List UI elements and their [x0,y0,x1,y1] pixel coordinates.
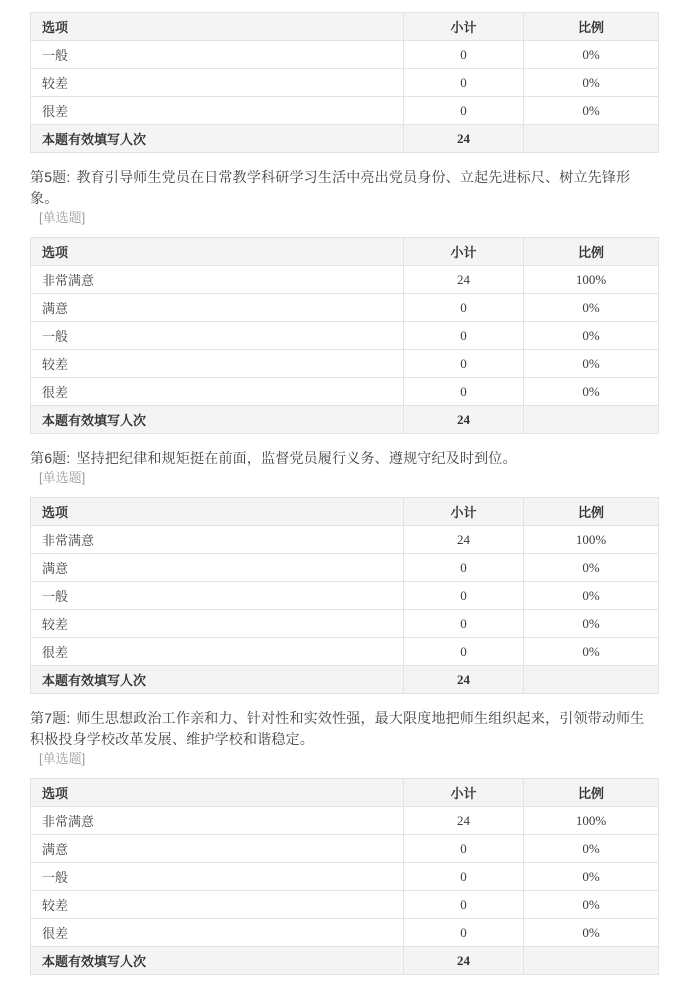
cell-option: 满意 [31,835,404,863]
cell-option: 较差 [31,69,404,97]
table-row: 满意 0 0% [31,294,659,322]
footer-ratio-empty [524,947,659,975]
results-table: 选项 小计 比例 非常满意 24 100% 满意 0 0% 一般 [30,237,659,434]
question-type-label: [单选题] [39,750,658,768]
cell-subtotal: 0 [404,863,524,891]
question-text: 坚持把纪律和规矩挺在前面，监督党员履行义务、遵规守纪及时到位。 [76,450,516,466]
table-header-row: 选项 小计 比例 [31,13,659,41]
table-row: 较差 0 0% [31,350,659,378]
column-header-option: 选项 [31,779,404,807]
cell-subtotal: 0 [404,582,524,610]
column-header-option: 选项 [31,498,404,526]
table-row: 满意 0 0% [31,835,659,863]
column-header-option: 选项 [31,13,404,41]
cell-option: 非常满意 [31,266,404,294]
cell-subtotal: 0 [404,835,524,863]
cell-option: 很差 [31,97,404,125]
table-row: 非常满意 24 100% [31,807,659,835]
cell-subtotal: 0 [404,97,524,125]
table-footer-row: 本题有效填写人次 24 [31,125,659,153]
cell-option: 很差 [31,638,404,666]
cell-ratio: 0% [524,919,659,947]
question-number: 第7题: [30,710,70,726]
footer-total: 24 [404,125,524,153]
table-row: 较差 0 0% [31,69,659,97]
cell-subtotal: 0 [404,378,524,406]
footer-label: 本题有效填写人次 [31,125,404,153]
footer-label: 本题有效填写人次 [31,406,404,434]
cell-ratio: 0% [524,610,659,638]
footer-total: 24 [404,947,524,975]
cell-subtotal: 24 [404,807,524,835]
cell-subtotal: 0 [404,294,524,322]
column-header-ratio: 比例 [524,238,659,266]
survey-results-page: 选项 小计 比例 一般 0 0% 较差 0 0% 很差 0 [0,0,692,993]
question-number: 第5题: [30,169,70,185]
question-title: 第7题:师生思想政治工作亲和力、针对性和实效性强，最大限度地把师生组织起来，引领… [30,708,658,750]
cell-option: 一般 [31,863,404,891]
footer-label: 本题有效填写人次 [31,666,404,694]
cell-ratio: 100% [524,526,659,554]
cell-subtotal: 0 [404,350,524,378]
results-table: 选项 小计 比例 非常满意 24 100% 满意 0 0% 一般 [30,497,659,694]
table-row: 一般 0 0% [31,863,659,891]
column-header-subtotal: 小计 [404,13,524,41]
column-header-subtotal: 小计 [404,498,524,526]
cell-subtotal: 0 [404,69,524,97]
question-title: 第6题:坚持把纪律和规矩挺在前面，监督党员履行义务、遵规守纪及时到位。 [30,448,658,469]
table-row: 一般 0 0% [31,322,659,350]
cell-option: 满意 [31,294,404,322]
table-row: 很差 0 0% [31,97,659,125]
column-header-option: 选项 [31,238,404,266]
cell-ratio: 0% [524,97,659,125]
question-text: 师生思想政治工作亲和力、针对性和实效性强，最大限度地把师生组织起来，引领带动师生… [30,710,644,747]
cell-subtotal: 24 [404,266,524,294]
cell-ratio: 0% [524,891,659,919]
cell-subtotal: 0 [404,919,524,947]
cell-ratio: 100% [524,807,659,835]
question-section-partial: 选项 小计 比例 一般 0 0% 较差 0 0% 很差 0 [30,12,658,153]
table-row: 满意 0 0% [31,554,659,582]
question-type-label: [单选题] [39,469,658,487]
cell-subtotal: 0 [404,610,524,638]
cell-subtotal: 0 [404,554,524,582]
cell-ratio: 0% [524,322,659,350]
question-section-6: 第6题:坚持把纪律和规矩挺在前面，监督党员履行义务、遵规守纪及时到位。 [单选题… [30,448,658,694]
table-row: 较差 0 0% [31,891,659,919]
cell-option: 很差 [31,919,404,947]
table-row: 很差 0 0% [31,378,659,406]
table-row: 一般 0 0% [31,41,659,69]
cell-option: 一般 [31,582,404,610]
table-footer-row: 本题有效填写人次 24 [31,406,659,434]
question-section-5: 第5题:教育引导师生党员在日常教学科研学习生活中亮出党员身份、立起先进标尺、树立… [30,167,658,434]
question-section-7: 第7题:师生思想政治工作亲和力、针对性和实效性强，最大限度地把师生组织起来，引领… [30,708,658,975]
footer-total: 24 [404,406,524,434]
table-footer-row: 本题有效填写人次 24 [31,666,659,694]
table-row: 一般 0 0% [31,582,659,610]
table-row: 很差 0 0% [31,919,659,947]
table-row: 非常满意 24 100% [31,266,659,294]
cell-option: 非常满意 [31,807,404,835]
cell-option: 一般 [31,322,404,350]
question-type-label: [单选题] [39,209,658,227]
cell-option: 很差 [31,378,404,406]
cell-ratio: 0% [524,835,659,863]
table-header-row: 选项 小计 比例 [31,238,659,266]
results-table: 选项 小计 比例 非常满意 24 100% 满意 0 0% 一般 [30,778,659,975]
column-header-ratio: 比例 [524,498,659,526]
cell-option: 较差 [31,350,404,378]
footer-ratio-empty [524,125,659,153]
question-text: 教育引导师生党员在日常教学科研学习生活中亮出党员身份、立起先进标尺、树立先锋形象… [30,169,630,206]
cell-ratio: 100% [524,266,659,294]
cell-ratio: 0% [524,863,659,891]
column-header-ratio: 比例 [524,13,659,41]
cell-ratio: 0% [524,582,659,610]
table-footer-row: 本题有效填写人次 24 [31,947,659,975]
cell-option: 非常满意 [31,526,404,554]
cell-option: 一般 [31,41,404,69]
table-header-row: 选项 小计 比例 [31,498,659,526]
cell-ratio: 0% [524,69,659,97]
footer-ratio-empty [524,666,659,694]
cell-subtotal: 24 [404,526,524,554]
cell-ratio: 0% [524,378,659,406]
question-number: 第6题: [30,450,70,466]
cell-option: 满意 [31,554,404,582]
column-header-subtotal: 小计 [404,238,524,266]
cell-option: 较差 [31,891,404,919]
cell-subtotal: 0 [404,322,524,350]
table-row: 非常满意 24 100% [31,526,659,554]
cell-ratio: 0% [524,350,659,378]
results-table: 选项 小计 比例 一般 0 0% 较差 0 0% 很差 0 [30,12,659,153]
footer-total: 24 [404,666,524,694]
table-header-row: 选项 小计 比例 [31,779,659,807]
cell-subtotal: 0 [404,891,524,919]
column-header-subtotal: 小计 [404,779,524,807]
footer-ratio-empty [524,406,659,434]
cell-subtotal: 0 [404,41,524,69]
cell-ratio: 0% [524,638,659,666]
cell-ratio: 0% [524,554,659,582]
cell-option: 较差 [31,610,404,638]
footer-label: 本题有效填写人次 [31,947,404,975]
question-title: 第5题:教育引导师生党员在日常教学科研学习生活中亮出党员身份、立起先进标尺、树立… [30,167,658,209]
table-row: 较差 0 0% [31,610,659,638]
cell-ratio: 0% [524,294,659,322]
table-row: 很差 0 0% [31,638,659,666]
cell-ratio: 0% [524,41,659,69]
cell-subtotal: 0 [404,638,524,666]
column-header-ratio: 比例 [524,779,659,807]
